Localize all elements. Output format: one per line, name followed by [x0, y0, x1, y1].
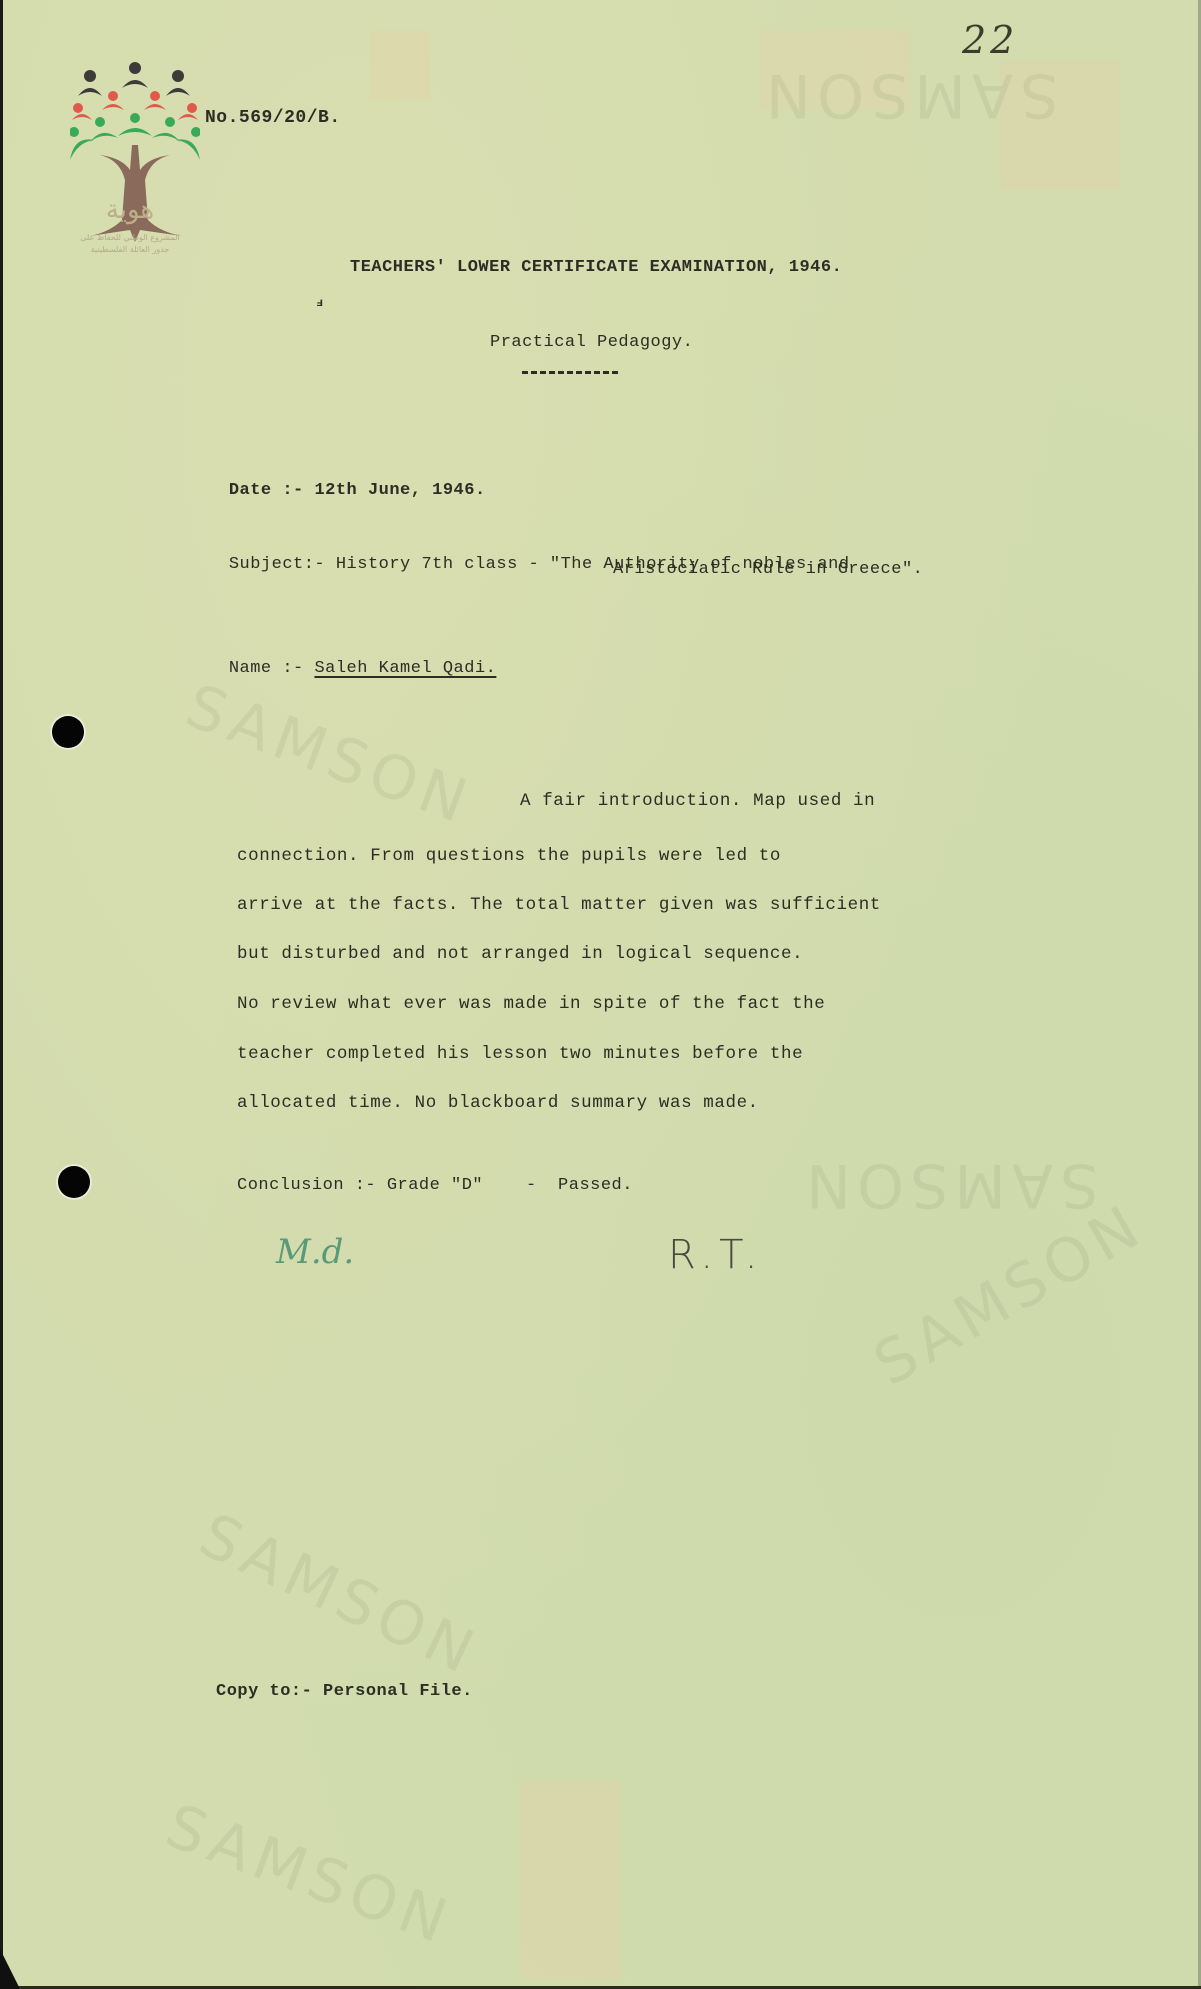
date-label: Date :-	[229, 481, 315, 500]
reference-number: No.569/20/B.	[205, 108, 341, 128]
report-line: teacher completed his lesson two minutes…	[237, 1044, 803, 1064]
heading-underline	[522, 371, 618, 374]
logo-caption-line: المشروع الوطني للحفاظ على	[55, 232, 205, 244]
watermark-stamp: SAMSON	[157, 1791, 461, 1959]
handwritten-initials-green: M.d.	[276, 1232, 354, 1272]
watermark-stamp: SAMSON	[800, 1150, 1098, 1220]
logo-caption-line: جذور العائلة الفلسطينية	[55, 244, 205, 256]
subject-label: Subject:-	[229, 555, 336, 574]
watermark-stamp: SAMSON	[760, 60, 1058, 130]
document-page: SAMSON SAMSON SAMSON SAMSON SAMSON SAMSO…	[0, 0, 1201, 1989]
handwritten-initials-signature: R.T.	[668, 1232, 763, 1278]
report-line: connection. From questions the pupils we…	[237, 846, 781, 866]
watermark-stamp: SAMSON	[862, 1190, 1155, 1400]
watermark-stamp: SAMSON	[189, 1500, 489, 1689]
report-line: but disturbed and not arranged in logica…	[237, 944, 803, 964]
scan-artifact	[520, 1780, 620, 1980]
name-label: Name :-	[229, 659, 315, 678]
scan-edge-left	[0, 0, 3, 1989]
copy-to-line: Copy to:- Personal File.	[216, 1682, 473, 1701]
logo-caption: المشروع الوطني للحفاظ على جذور العائلة ا…	[55, 232, 205, 256]
tick-mark: ⅎ	[316, 296, 324, 310]
document-subheading: Practical Pedagogy.	[490, 333, 693, 352]
name-field: Name :- Saleh Kamel Qadi.	[186, 640, 496, 697]
date-value: 12th June, 1946.	[314, 481, 485, 500]
report-line: allocated time. No blackboard summary wa…	[237, 1093, 759, 1113]
date-field: Date :- 12th June, 1946.	[186, 462, 486, 519]
name-value: Saleh Kamel Qadi.	[314, 659, 496, 678]
report-line: A fair introduction. Map used in	[520, 791, 875, 811]
punch-hole	[52, 716, 84, 748]
report-line: arrive at the facts. The total matter gi…	[237, 895, 881, 915]
conclusion-line: Conclusion :- Grade "D" - Passed.	[237, 1176, 633, 1195]
handwritten-page-number: 22	[962, 18, 1018, 62]
folded-corner	[0, 1949, 20, 1989]
logo-wordmark: هوية	[95, 195, 165, 225]
scan-artifact	[370, 30, 430, 100]
report-line: No review what ever was made in spite of…	[237, 994, 825, 1014]
subject-value-line2: Aristociatic Rule in Greece".	[613, 560, 923, 579]
document-heading: TEACHERS' LOWER CERTIFICATE EXAMINATION,…	[350, 258, 842, 277]
punch-hole	[58, 1166, 90, 1198]
